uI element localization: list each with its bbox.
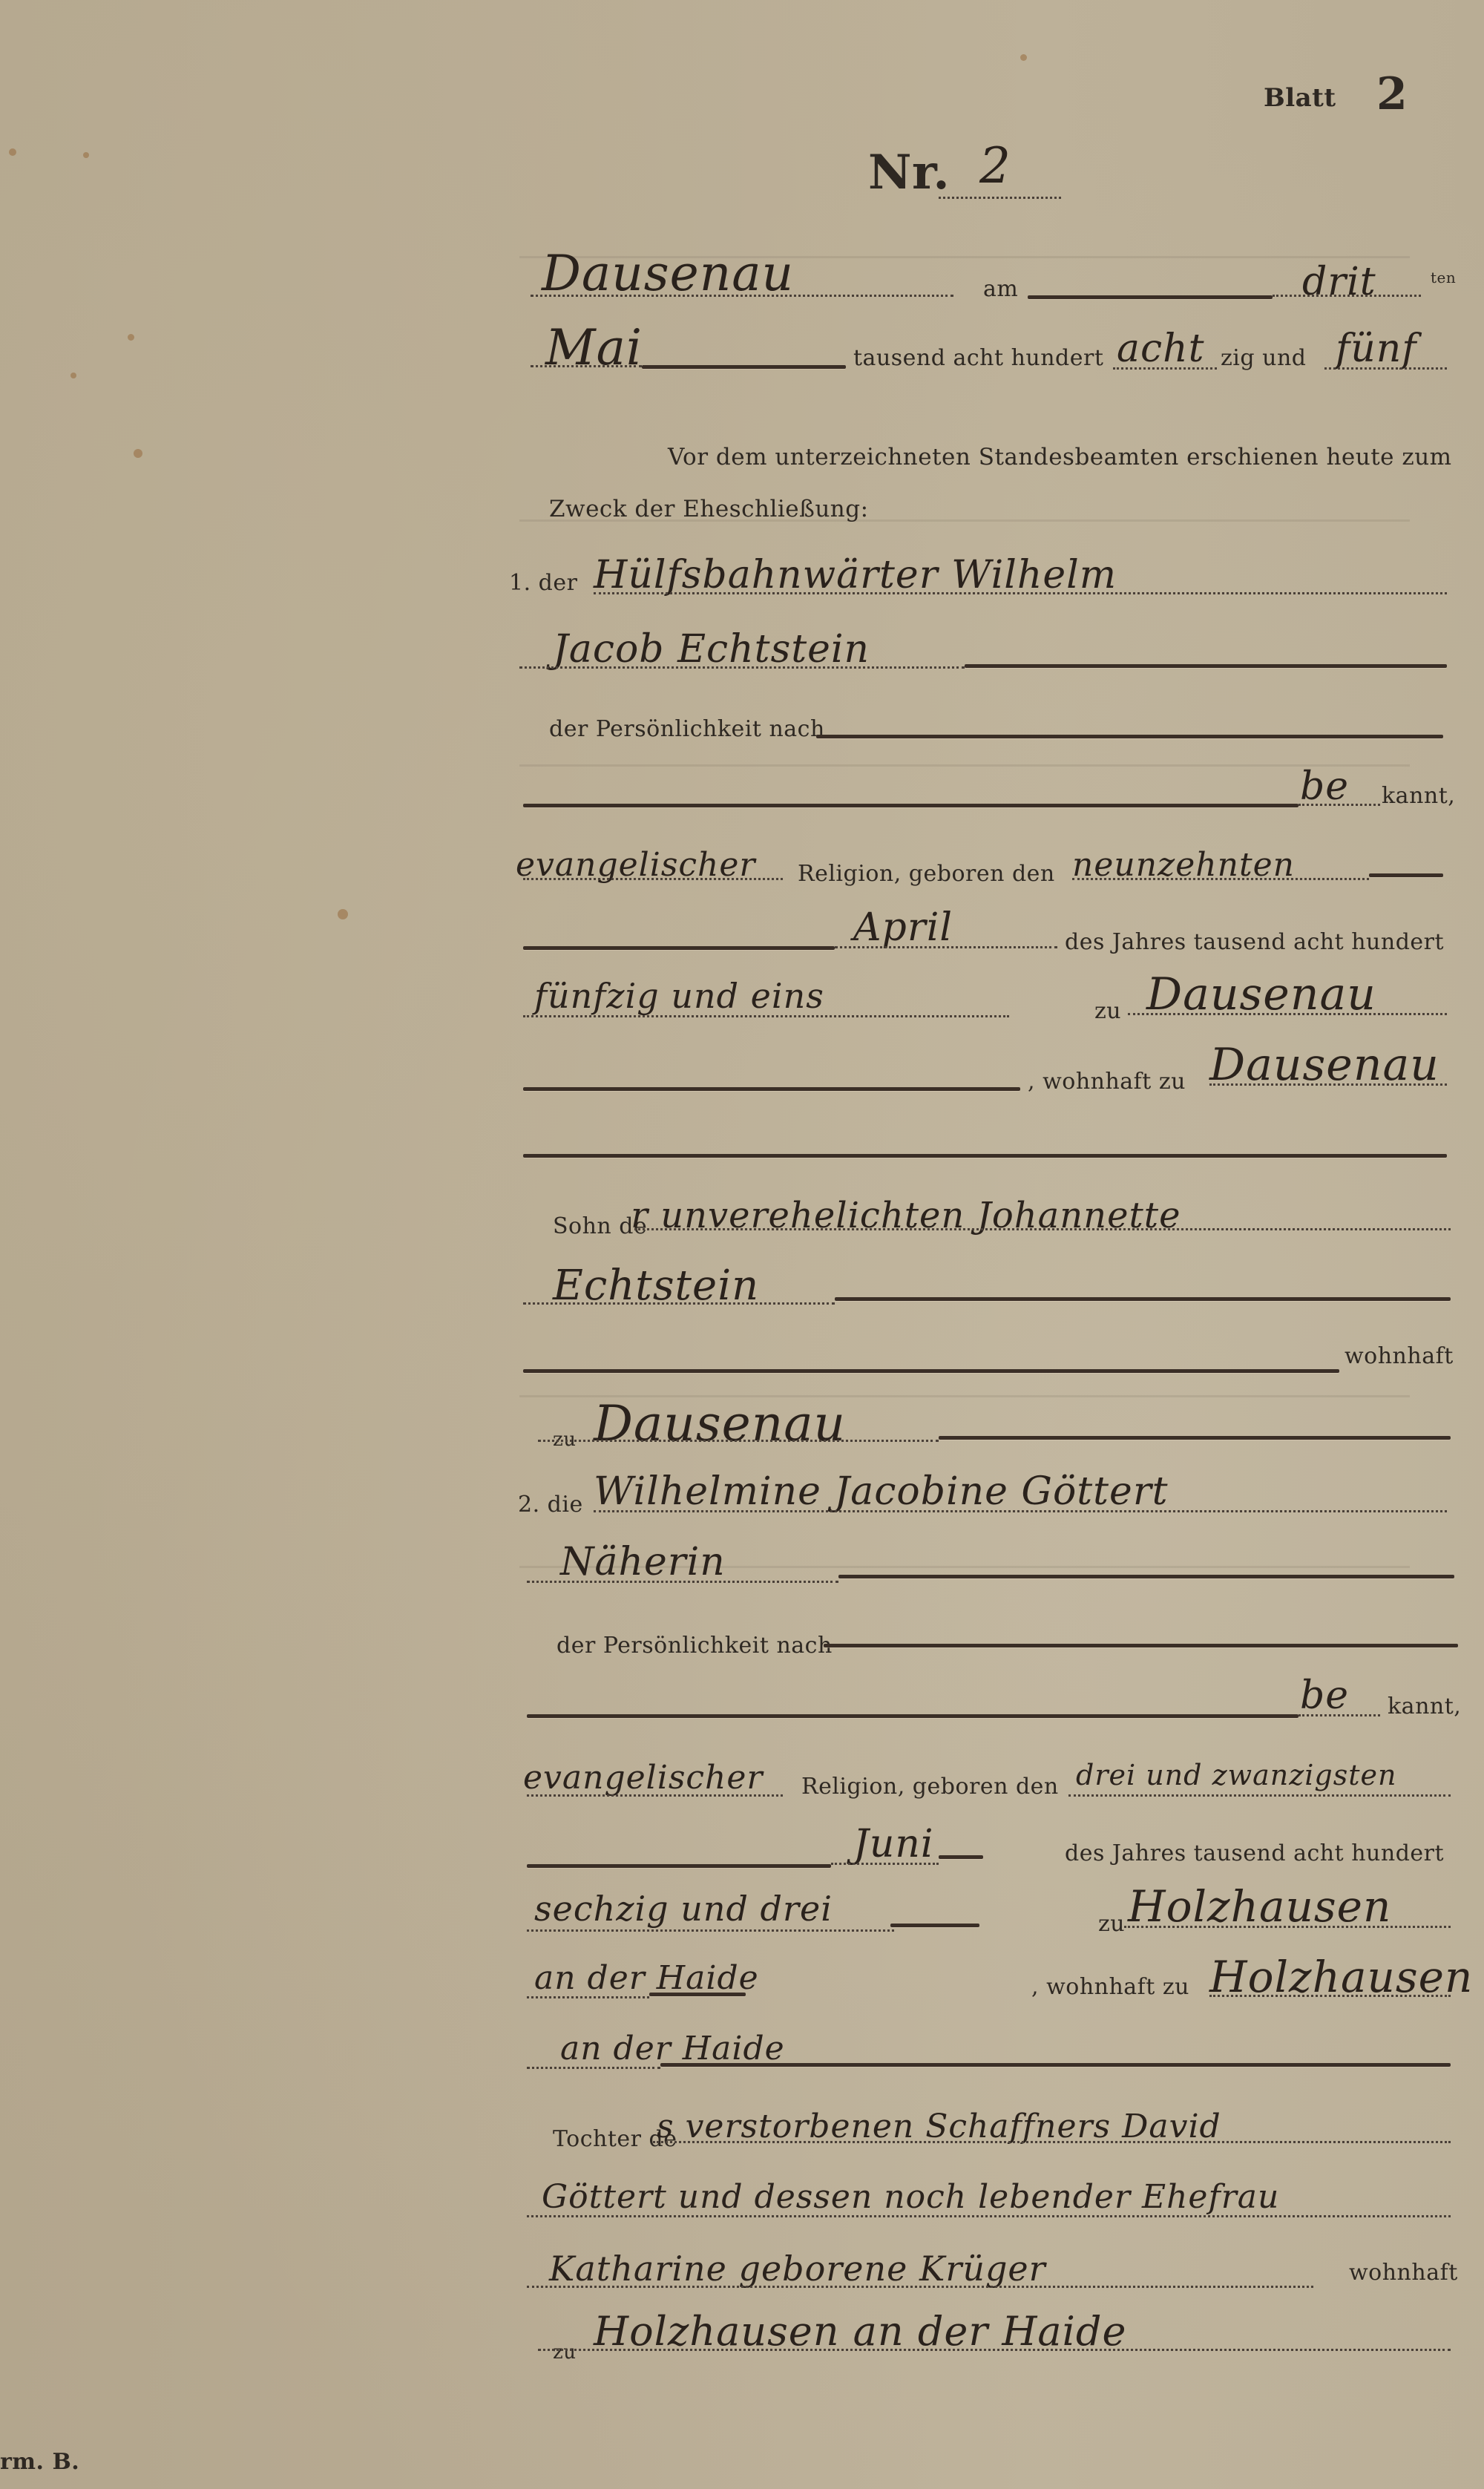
bride-bekannt-hand: be — [1300, 1673, 1349, 1718]
decade-underline — [1113, 367, 1217, 370]
month-underline — [531, 365, 642, 367]
groom-religion-print: Religion, geboren den — [798, 861, 1055, 887]
bride-birth-place-2: an der Haide — [534, 1959, 759, 1997]
foxing-spot — [338, 909, 348, 919]
record-number-value: 2 — [979, 137, 1011, 194]
groom-parents-res-underline — [538, 1440, 939, 1442]
bride-bekannt-print: kannt, — [1388, 1693, 1461, 1719]
bride-birth-place-2-underline — [527, 1996, 649, 1998]
groom-birth-place-underline — [1128, 1013, 1447, 1015]
bride-residence-2-underline — [527, 2067, 660, 2069]
groom-parents-1-underline — [634, 1228, 1451, 1230]
groom-birth-month-underline — [835, 946, 1057, 948]
day-underline — [1273, 295, 1421, 297]
registry-place: Dausenau — [542, 245, 794, 302]
foxing-spot — [9, 148, 16, 156]
groom-blank-rule — [523, 1154, 1447, 1158]
foxing-spot — [83, 152, 89, 158]
intro-line-2: Zweck der Eheschließung: — [549, 496, 869, 522]
year-text-print: tausend acht hundert — [853, 345, 1103, 371]
bride-religion-hand: evangelischer — [523, 1759, 763, 1797]
bride-residence-underline — [1209, 1995, 1451, 1997]
bride-parents-residence: Holzhausen an der Haide — [594, 2308, 1126, 2355]
groom-occupation-name-2: Jacob Echtstein — [553, 627, 870, 672]
decade-value: acht — [1117, 327, 1205, 371]
unit-value: fünf — [1336, 327, 1416, 371]
groom-bekannt-hand: be — [1300, 764, 1349, 809]
groom-birth-year-text: fünfzig und eins — [534, 976, 824, 1016]
foxing-spot — [128, 334, 134, 341]
month-rule — [642, 365, 846, 369]
groom-birth-year-underline — [523, 1015, 1009, 1017]
groom-index: 1. der — [509, 570, 577, 596]
form-label: rm. B. — [0, 2449, 79, 2475]
bride-parents-line-3: Katharine geborene Krüger — [549, 2249, 1046, 2289]
bride-name: Wilhelmine Jacobine Göttert — [594, 1469, 1169, 1514]
groom-residence-underline — [1209, 1083, 1447, 1086]
bride-religion-underline — [527, 1794, 783, 1797]
record-number-label: Nr. — [868, 145, 950, 200]
bride-birth-place-underline — [1124, 1926, 1451, 1928]
groom-bekannt-rule — [523, 804, 1298, 807]
day-suffix: ten — [1431, 269, 1456, 286]
bride-occupation-rule — [838, 1575, 1454, 1578]
bride-bekannt-underline — [1298, 1714, 1380, 1716]
bride-parents-2-underline — [527, 2215, 1451, 2217]
groom-line-1-underline — [594, 592, 1447, 594]
groom-bekannt-print: kannt, — [1382, 783, 1455, 809]
groom-line-2-rule — [965, 664, 1447, 668]
groom-des-jahres: des Jahres tausend acht hundert — [1065, 929, 1444, 955]
groom-zu: zu — [1094, 998, 1121, 1024]
bride-des-jahres: des Jahres tausend acht hundert — [1065, 1840, 1444, 1866]
bride-birth-place-1: Holzhausen — [1128, 1881, 1391, 1932]
blatt-label: Blatt — [1264, 83, 1336, 113]
bride-religion-print: Religion, geboren den — [801, 1774, 1059, 1800]
groom-religion-underline — [523, 878, 783, 880]
groom-birth-day-underline — [1072, 878, 1369, 880]
bride-birth-month-rule-2 — [939, 1855, 983, 1859]
groom-line-2-underline — [519, 666, 965, 669]
groom-occupation-name-1: Hülfsbahnwärter Wilhelm — [594, 553, 1117, 597]
groom-bekannt-underline — [1298, 804, 1380, 806]
groom-persoenlichkeit-rule — [816, 735, 1443, 738]
bride-birth-month: Juni — [853, 1822, 933, 1866]
day-value: drit — [1302, 260, 1376, 304]
bride-parents-3-underline — [527, 2286, 1313, 2288]
groom-birth-month-rule — [523, 946, 835, 950]
bride-parents-line-2: Göttert und dessen noch lebender Ehefrau — [542, 2178, 1279, 2216]
bride-name-underline — [594, 1510, 1447, 1512]
bride-occupation-underline — [527, 1581, 838, 1583]
day-rule — [1028, 295, 1273, 299]
bride-bekannt-rule — [527, 1714, 1298, 1718]
zig-und-label: zig und — [1221, 345, 1307, 371]
groom-parents-res-rule — [939, 1436, 1451, 1440]
bride-birth-place-2-rule — [649, 1993, 746, 1996]
bride-zu: zu — [1098, 1911, 1125, 1937]
groom-residence-rule — [523, 1087, 1020, 1091]
bride-parents-res-underline — [538, 2349, 1451, 2351]
blatt-number: 2 — [1376, 68, 1408, 120]
bride-birth-month-rule — [527, 1864, 831, 1868]
foxing-spot — [1020, 54, 1027, 61]
bride-occupation: Näherin — [560, 1540, 726, 1584]
bride-parents-zu: zu — [553, 2341, 576, 2364]
foxing-spot — [70, 373, 76, 378]
bride-birth-month-underline — [831, 1863, 939, 1865]
groom-parents-2-underline — [523, 1302, 835, 1305]
foxing-spot — [134, 449, 142, 458]
groom-birth-day-rule — [1369, 873, 1443, 877]
bride-birth-day-underline — [1068, 1794, 1451, 1797]
bride-index: 2. die — [518, 1492, 583, 1518]
bride-birth-year-rule — [890, 1924, 979, 1927]
place-underline — [531, 295, 953, 297]
bride-residence-2: an der Haide — [560, 2030, 785, 2067]
month-value: Mai — [545, 319, 643, 376]
bride-birth-day: drei und zwanzigsten — [1076, 1759, 1396, 1791]
groom-wohnhaft-zu: , wohnhaft zu — [1028, 1069, 1186, 1095]
groom-birth-month: April — [853, 905, 953, 950]
bride-wohnhaft: wohnhaft — [1349, 2260, 1458, 2286]
groom-parents-2-rule — [835, 1297, 1451, 1301]
am-label: am — [983, 276, 1018, 302]
intro-line-1: Vor dem unterzeichneten Standesbeamten e… — [668, 444, 1452, 470]
groom-persoenlichkeit: der Persönlichkeit nach — [549, 716, 825, 742]
bride-birth-year-underline — [527, 1929, 894, 1932]
bride-residence-2-rule — [660, 2063, 1451, 2067]
bride-wohnhaft-zu: , wohnhaft zu — [1031, 1974, 1189, 2000]
bride-birth-year-text: sechzig und drei — [534, 1889, 833, 1929]
bride-parents-line-1: s verstorbenen Schaffners David — [657, 2108, 1221, 2145]
groom-parents-residence: Dausenau — [594, 1395, 846, 1452]
bride-parents-1-underline — [653, 2141, 1451, 2143]
groom-parents-3-rule — [523, 1369, 1339, 1373]
groom-wohnhaft: wohnhaft — [1345, 1343, 1454, 1369]
bride-persoenlichkeit: der Persönlichkeit nach — [556, 1633, 833, 1659]
bride-persoenlichkeit-rule — [824, 1644, 1458, 1647]
unit-underline — [1324, 367, 1447, 370]
record-number-underline — [939, 197, 1061, 199]
